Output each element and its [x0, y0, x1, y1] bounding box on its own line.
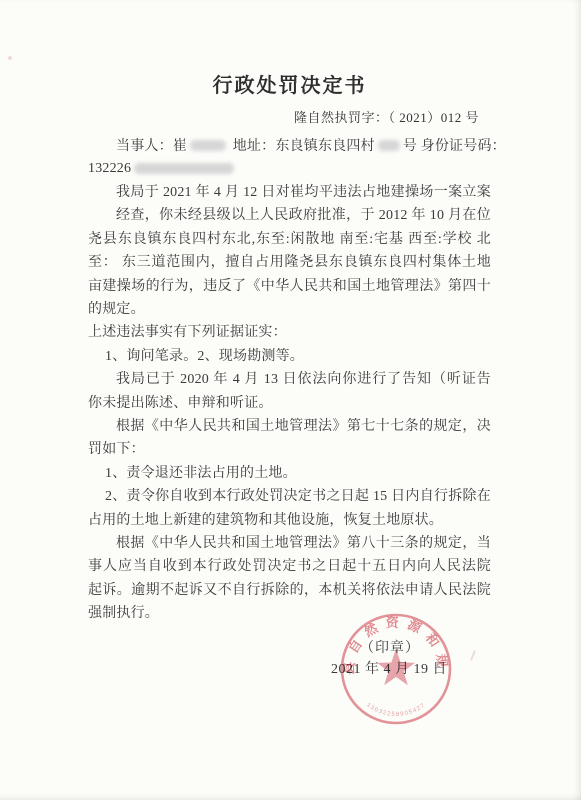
document-number: 隆自然执罚字：（ 2021）012 号	[88, 108, 491, 127]
body-line: 2、责令你自收到本行政处罚决定书之日起 15 日内自行拆除在非法	[88, 485, 491, 508]
redacted-address-number	[378, 140, 400, 151]
body-line: 你未提出陈述、申辩和听证。	[88, 392, 491, 415]
body-line: 至： 东三道范围内，擅自占用隆尧县东良镇东良四村集体土地 10.8	[88, 251, 491, 274]
redacted-id-number	[134, 163, 234, 174]
party-id-line: 132226	[88, 158, 491, 180]
address-suffix: 号	[403, 139, 417, 154]
body-line: 罚如下：	[88, 438, 491, 461]
body-line: 我局于 2021 年 4 月 12 日对崔均平违法占地建操场一案立案调查。	[88, 181, 491, 204]
redacted-name	[190, 140, 226, 151]
body-line: 1、询问笔录。2、现场勘测等。	[88, 345, 491, 368]
body-line: 1、责令退还非法占用的土地。	[88, 462, 491, 485]
address-value: 东良镇东良四村	[275, 139, 374, 154]
id-value: 132226	[88, 161, 131, 176]
scan-speck	[8, 56, 12, 60]
body-line: 事人应当自收到本行政处罚决定书之日起十五日内向人民法院	[88, 555, 491, 578]
body-line: 我局已于 2020 年 4 月 13 日依法向你进行了告知（听证告知）。	[88, 368, 491, 391]
body-line: 强制执行。	[88, 602, 491, 625]
party-info-block: 当事人：崔 地址：东良镇东良四村号 身份证号码： 132226	[88, 136, 491, 180]
seal-serial-number: 13032258905427	[365, 702, 427, 718]
scan-scratch-mark	[470, 650, 476, 661]
document-content: 行政处罚决定书 隆自然执罚字：（ 2021）012 号 当事人：崔 地址：东良镇…	[88, 60, 491, 626]
document-title: 行政处罚决定书	[88, 73, 491, 99]
body-line: 尧县东良镇东良四村东北,东至:闲散地 南至:宅基 西至:学校 北	[88, 228, 491, 251]
body-line: 上述违法事实有下列证据证实：	[88, 321, 491, 344]
body-line: 的规定。	[88, 298, 491, 321]
body-line: 根据《中华人民共和国土地管理法》第七十七条的规定，决定处	[88, 415, 491, 438]
body-line: 占用的土地上新建的建筑物和其他设施，恢复土地原状。	[88, 509, 491, 532]
body-line: 经查，你未经县级以上人民政府批准，于 2012 年 10 月在位于隆	[88, 204, 491, 227]
id-label: 身份证号码：	[421, 139, 506, 154]
scanned-document-page: 行政处罚决定书 隆自然执罚字：（ 2021）012 号 当事人：崔 地址：东良镇…	[0, 0, 581, 800]
party-name: 崔	[173, 139, 187, 154]
body-lines: 我局于 2021 年 4 月 12 日对崔均平违法占地建操场一案立案调查。经查，…	[88, 181, 491, 626]
body-line: 起诉。逾期不起诉又不自行拆除的，本机关将依法申请人民法院	[88, 579, 491, 602]
seal-serial-path: 13032258905427	[365, 702, 427, 718]
party-label: 当事人：	[116, 139, 173, 154]
address-label: 地址：	[233, 139, 276, 154]
body-line: 亩建操场的行为，违反了《中华人民共和国土地管理法》第四十四条	[88, 275, 491, 298]
seal-placeholder-note: （印章）	[360, 637, 420, 657]
body-line: 根据《中华人民共和国土地管理法》第八十三条的规定，当	[88, 532, 491, 555]
document-date: 2021 年 4 月 19 日	[331, 658, 447, 678]
party-line: 当事人：崔 地址：东良镇东良四村号 身份证号码：	[88, 136, 491, 158]
